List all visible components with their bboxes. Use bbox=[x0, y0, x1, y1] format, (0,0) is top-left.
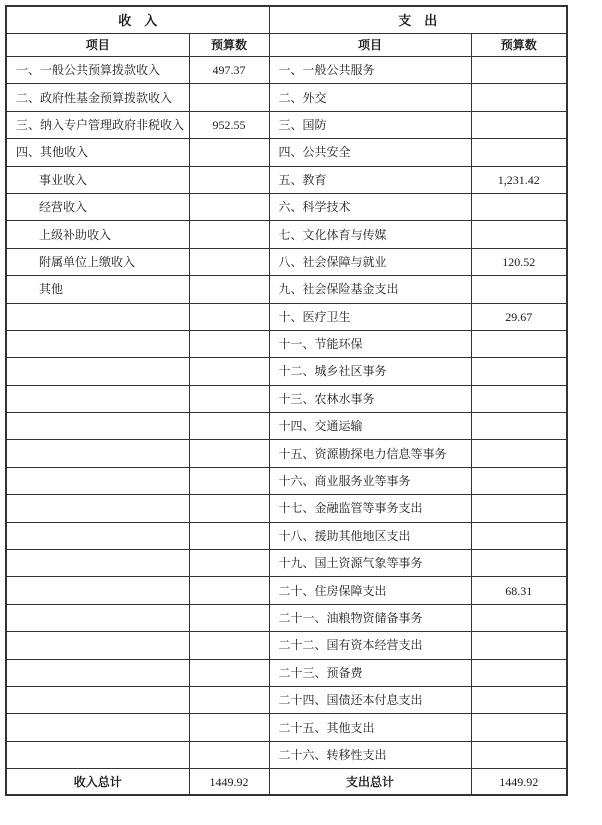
income-item-cell bbox=[6, 632, 189, 659]
expense-item-cell: 十八、援助其他地区支出 bbox=[269, 522, 471, 549]
expense-item-cell: 二十二、国有资本经营支出 bbox=[269, 632, 471, 659]
income-budget-cell bbox=[189, 303, 269, 330]
table-row: 二十一、油粮物资储备事务 bbox=[6, 604, 567, 631]
expense-item-cell: 二十五、其他支出 bbox=[269, 714, 471, 741]
expense-item-cell: 八、社会保障与就业 bbox=[269, 248, 471, 275]
table-row: 十三、农林水事务 bbox=[6, 385, 567, 412]
expense-item-cell: 十六、商业服务业等事务 bbox=[269, 467, 471, 494]
income-budget-cell: 952.55 bbox=[189, 111, 269, 138]
expense-item-cell: 十四、交通运输 bbox=[269, 413, 471, 440]
income-item-cell bbox=[6, 741, 189, 768]
income-budget-cell bbox=[189, 604, 269, 631]
budget-table: 收 入 支 出 项目 预算数 项目 预算数 一、一般公共预算拨款收入497.37… bbox=[5, 5, 568, 796]
table-row: 二十三、预备费 bbox=[6, 659, 567, 686]
income-item-cell: 经营收入 bbox=[6, 193, 189, 220]
table-row: 十九、国土资源气象等事务 bbox=[6, 550, 567, 577]
expense-item-cell: 七、文化体育与传媒 bbox=[269, 221, 471, 248]
expense-budget-cell bbox=[471, 714, 567, 741]
expense-item-cell: 一、一般公共服务 bbox=[269, 57, 471, 84]
income-budget-cell bbox=[189, 193, 269, 220]
income-budget-cell bbox=[189, 385, 269, 412]
table-row: 一、一般公共预算拨款收入497.37一、一般公共服务 bbox=[6, 57, 567, 84]
expense-budget-cell bbox=[471, 57, 567, 84]
expense-budget-cell bbox=[471, 111, 567, 138]
expense-item-cell: 十二、城乡社区事务 bbox=[269, 358, 471, 385]
expense-budget-cell bbox=[471, 495, 567, 522]
expense-budget-cell bbox=[471, 659, 567, 686]
expense-budget-cell bbox=[471, 193, 567, 220]
totals-row: 收入总计 1449.92 支出总计 1449.92 bbox=[6, 769, 567, 796]
income-budget-cell: 497.37 bbox=[189, 57, 269, 84]
expense-budget-cell bbox=[471, 413, 567, 440]
income-item-cell bbox=[6, 495, 189, 522]
income-item-cell bbox=[6, 385, 189, 412]
expense-budget-cell: 29.67 bbox=[471, 303, 567, 330]
income-budget-cell bbox=[189, 139, 269, 166]
expense-budget-cell bbox=[471, 84, 567, 111]
income-budget-cell bbox=[189, 659, 269, 686]
table-row: 十、医疗卫生29.67 bbox=[6, 303, 567, 330]
income-item-cell bbox=[6, 686, 189, 713]
expense-item-header: 项目 bbox=[269, 34, 471, 57]
expense-budget-cell bbox=[471, 632, 567, 659]
expense-section-title: 支 出 bbox=[269, 6, 567, 34]
expense-budget-cell bbox=[471, 139, 567, 166]
income-item-cell: 四、其他收入 bbox=[6, 139, 189, 166]
table-row: 附属单位上缴收入八、社会保障与就业120.52 bbox=[6, 248, 567, 275]
expense-budget-cell bbox=[471, 604, 567, 631]
income-item-cell bbox=[6, 330, 189, 357]
income-budget-cell bbox=[189, 358, 269, 385]
income-item-cell: 三、纳入专户管理政府非税收入 bbox=[6, 111, 189, 138]
income-item-cell bbox=[6, 577, 189, 604]
table-row: 二十五、其他支出 bbox=[6, 714, 567, 741]
income-total-label: 收入总计 bbox=[6, 769, 189, 796]
income-budget-cell bbox=[189, 550, 269, 577]
expense-budget-cell bbox=[471, 440, 567, 467]
income-budget-cell bbox=[189, 276, 269, 303]
expense-budget-cell bbox=[471, 276, 567, 303]
table-row: 十八、援助其他地区支出 bbox=[6, 522, 567, 549]
income-item-cell: 一、一般公共预算拨款收入 bbox=[6, 57, 189, 84]
income-item-cell bbox=[6, 714, 189, 741]
income-item-cell: 二、政府性基金预算拨款收入 bbox=[6, 84, 189, 111]
expense-item-cell: 四、公共安全 bbox=[269, 139, 471, 166]
income-budget-cell bbox=[189, 440, 269, 467]
table-row: 其他九、社会保险基金支出 bbox=[6, 276, 567, 303]
table-row: 二十、住房保障支出68.31 bbox=[6, 577, 567, 604]
expense-budget-cell bbox=[471, 550, 567, 577]
income-budget-cell bbox=[189, 221, 269, 248]
expense-budget-cell: 120.52 bbox=[471, 248, 567, 275]
expense-budget-cell: 68.31 bbox=[471, 577, 567, 604]
income-item-cell bbox=[6, 659, 189, 686]
income-item-cell bbox=[6, 440, 189, 467]
expense-budget-cell bbox=[471, 221, 567, 248]
income-budget-cell bbox=[189, 495, 269, 522]
table-row: 事业收入五、教育1,231.42 bbox=[6, 166, 567, 193]
table-row: 上级补助收入七、文化体育与传媒 bbox=[6, 221, 567, 248]
expense-budget-cell: 1,231.42 bbox=[471, 166, 567, 193]
income-budget-cell bbox=[189, 686, 269, 713]
income-item-header: 项目 bbox=[6, 34, 189, 57]
expense-item-cell: 二十六、转移性支出 bbox=[269, 741, 471, 768]
income-budget-cell bbox=[189, 577, 269, 604]
income-budget-cell bbox=[189, 413, 269, 440]
income-budget-header: 预算数 bbox=[189, 34, 269, 57]
expense-budget-header: 预算数 bbox=[471, 34, 567, 57]
expense-item-cell: 二、外交 bbox=[269, 84, 471, 111]
expense-item-cell: 二十三、预备费 bbox=[269, 659, 471, 686]
income-section-title: 收 入 bbox=[6, 6, 269, 34]
expense-item-cell: 十一、节能环保 bbox=[269, 330, 471, 357]
income-budget-cell bbox=[189, 330, 269, 357]
budget-sheet-page: 收 入 支 出 项目 预算数 项目 预算数 一、一般公共预算拨款收入497.37… bbox=[0, 0, 602, 796]
expense-budget-cell bbox=[471, 330, 567, 357]
section-header-row: 收 入 支 出 bbox=[6, 6, 567, 34]
income-item-cell: 附属单位上缴收入 bbox=[6, 248, 189, 275]
table-row: 十七、金融监管等事务支出 bbox=[6, 495, 567, 522]
expense-item-cell: 二十一、油粮物资储备事务 bbox=[269, 604, 471, 631]
income-item-cell bbox=[6, 303, 189, 330]
expense-item-cell: 三、国防 bbox=[269, 111, 471, 138]
table-row: 四、其他收入四、公共安全 bbox=[6, 139, 567, 166]
income-item-cell bbox=[6, 604, 189, 631]
table-row: 二、政府性基金预算拨款收入二、外交 bbox=[6, 84, 567, 111]
expense-item-cell: 十七、金融监管等事务支出 bbox=[269, 495, 471, 522]
income-budget-cell bbox=[189, 632, 269, 659]
table-row: 二十六、转移性支出 bbox=[6, 741, 567, 768]
income-budget-cell bbox=[189, 166, 269, 193]
table-row: 十六、商业服务业等事务 bbox=[6, 467, 567, 494]
income-item-cell: 其他 bbox=[6, 276, 189, 303]
income-item-cell: 上级补助收入 bbox=[6, 221, 189, 248]
expense-total-value: 1449.92 bbox=[471, 769, 567, 796]
income-item-cell bbox=[6, 358, 189, 385]
table-row: 十二、城乡社区事务 bbox=[6, 358, 567, 385]
income-item-cell bbox=[6, 522, 189, 549]
table-row: 经营收入六、科学技术 bbox=[6, 193, 567, 220]
expense-item-cell: 六、科学技术 bbox=[269, 193, 471, 220]
expense-budget-cell bbox=[471, 741, 567, 768]
expense-item-cell: 十三、农林水事务 bbox=[269, 385, 471, 412]
expense-item-cell: 十五、资源勘探电力信息等事务 bbox=[269, 440, 471, 467]
table-row: 十四、交通运输 bbox=[6, 413, 567, 440]
expense-budget-cell bbox=[471, 385, 567, 412]
table-row: 十一、节能环保 bbox=[6, 330, 567, 357]
income-item-cell bbox=[6, 413, 189, 440]
expense-total-label: 支出总计 bbox=[269, 769, 471, 796]
income-budget-cell bbox=[189, 522, 269, 549]
expense-budget-cell bbox=[471, 686, 567, 713]
income-budget-cell bbox=[189, 741, 269, 768]
expense-budget-cell bbox=[471, 522, 567, 549]
income-item-cell bbox=[6, 550, 189, 577]
expense-item-cell: 九、社会保险基金支出 bbox=[269, 276, 471, 303]
income-budget-cell bbox=[189, 84, 269, 111]
table-row: 十五、资源勘探电力信息等事务 bbox=[6, 440, 567, 467]
expense-budget-cell bbox=[471, 467, 567, 494]
expense-budget-cell bbox=[471, 358, 567, 385]
table-row: 二十四、国债还本付息支出 bbox=[6, 686, 567, 713]
income-budget-cell bbox=[189, 248, 269, 275]
expense-item-cell: 二十四、国债还本付息支出 bbox=[269, 686, 471, 713]
income-item-cell: 事业收入 bbox=[6, 166, 189, 193]
expense-item-cell: 十九、国土资源气象等事务 bbox=[269, 550, 471, 577]
table-row: 二十二、国有资本经营支出 bbox=[6, 632, 567, 659]
expense-item-cell: 五、教育 bbox=[269, 166, 471, 193]
income-budget-cell bbox=[189, 714, 269, 741]
column-header-row: 项目 预算数 项目 预算数 bbox=[6, 34, 567, 57]
expense-item-cell: 二十、住房保障支出 bbox=[269, 577, 471, 604]
table-row: 三、纳入专户管理政府非税收入952.55三、国防 bbox=[6, 111, 567, 138]
income-item-cell bbox=[6, 467, 189, 494]
expense-item-cell: 十、医疗卫生 bbox=[269, 303, 471, 330]
income-total-value: 1449.92 bbox=[189, 769, 269, 796]
income-budget-cell bbox=[189, 467, 269, 494]
